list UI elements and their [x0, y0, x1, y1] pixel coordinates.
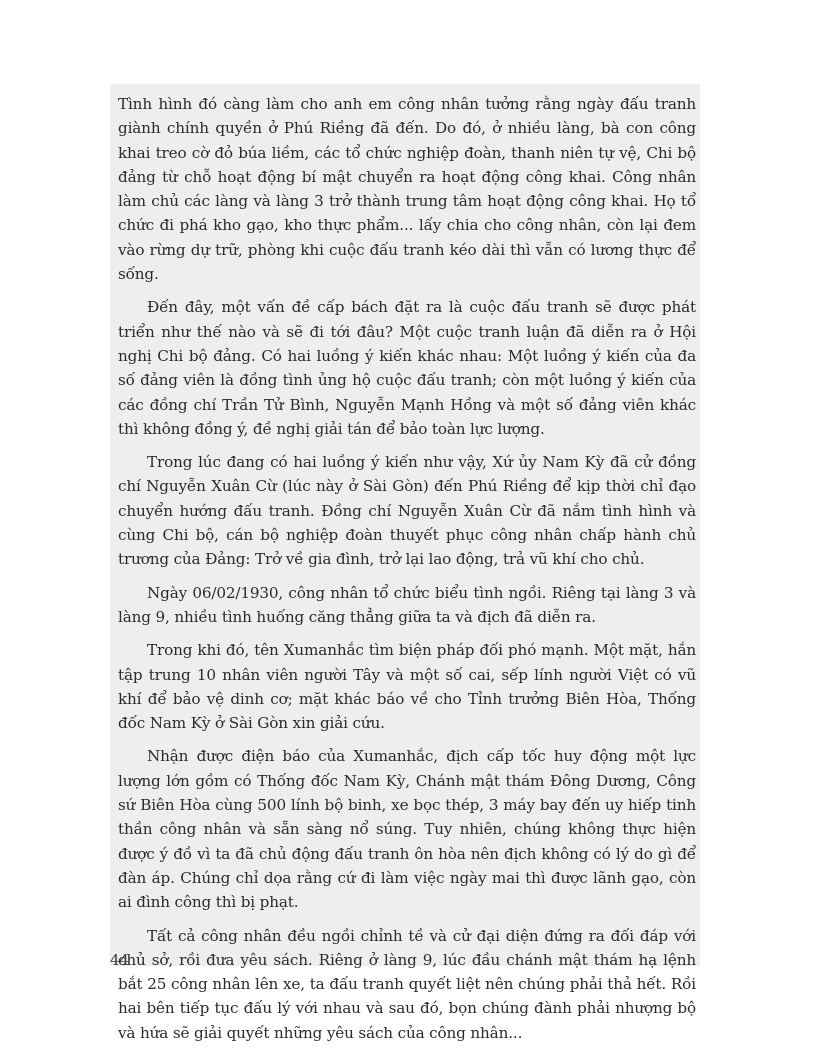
paragraph: Trong lúc đang có hai luồng ý kiến như v… — [118, 450, 696, 571]
paragraph: Tất cả công nhân đều ngồi chỉnh tề và cử… — [118, 924, 696, 1045]
paragraph: Đến đây, một vấn đề cấp bách đặt ra là c… — [118, 295, 696, 441]
paragraph: Ngày 06/02/1930, công nhân tổ chức biểu … — [118, 581, 696, 630]
page-number: 44 — [110, 951, 129, 969]
page-body: Tình hình đó càng làm cho anh em công nh… — [118, 92, 696, 1054]
paragraph: Trong khi đó, tên Xumanhắc tìm biện pháp… — [118, 638, 696, 735]
paragraph: Nhận được điện báo của Xumanhắc, địch cấ… — [118, 744, 696, 914]
paragraph-continuation: Tình hình đó càng làm cho anh em công nh… — [118, 92, 696, 286]
